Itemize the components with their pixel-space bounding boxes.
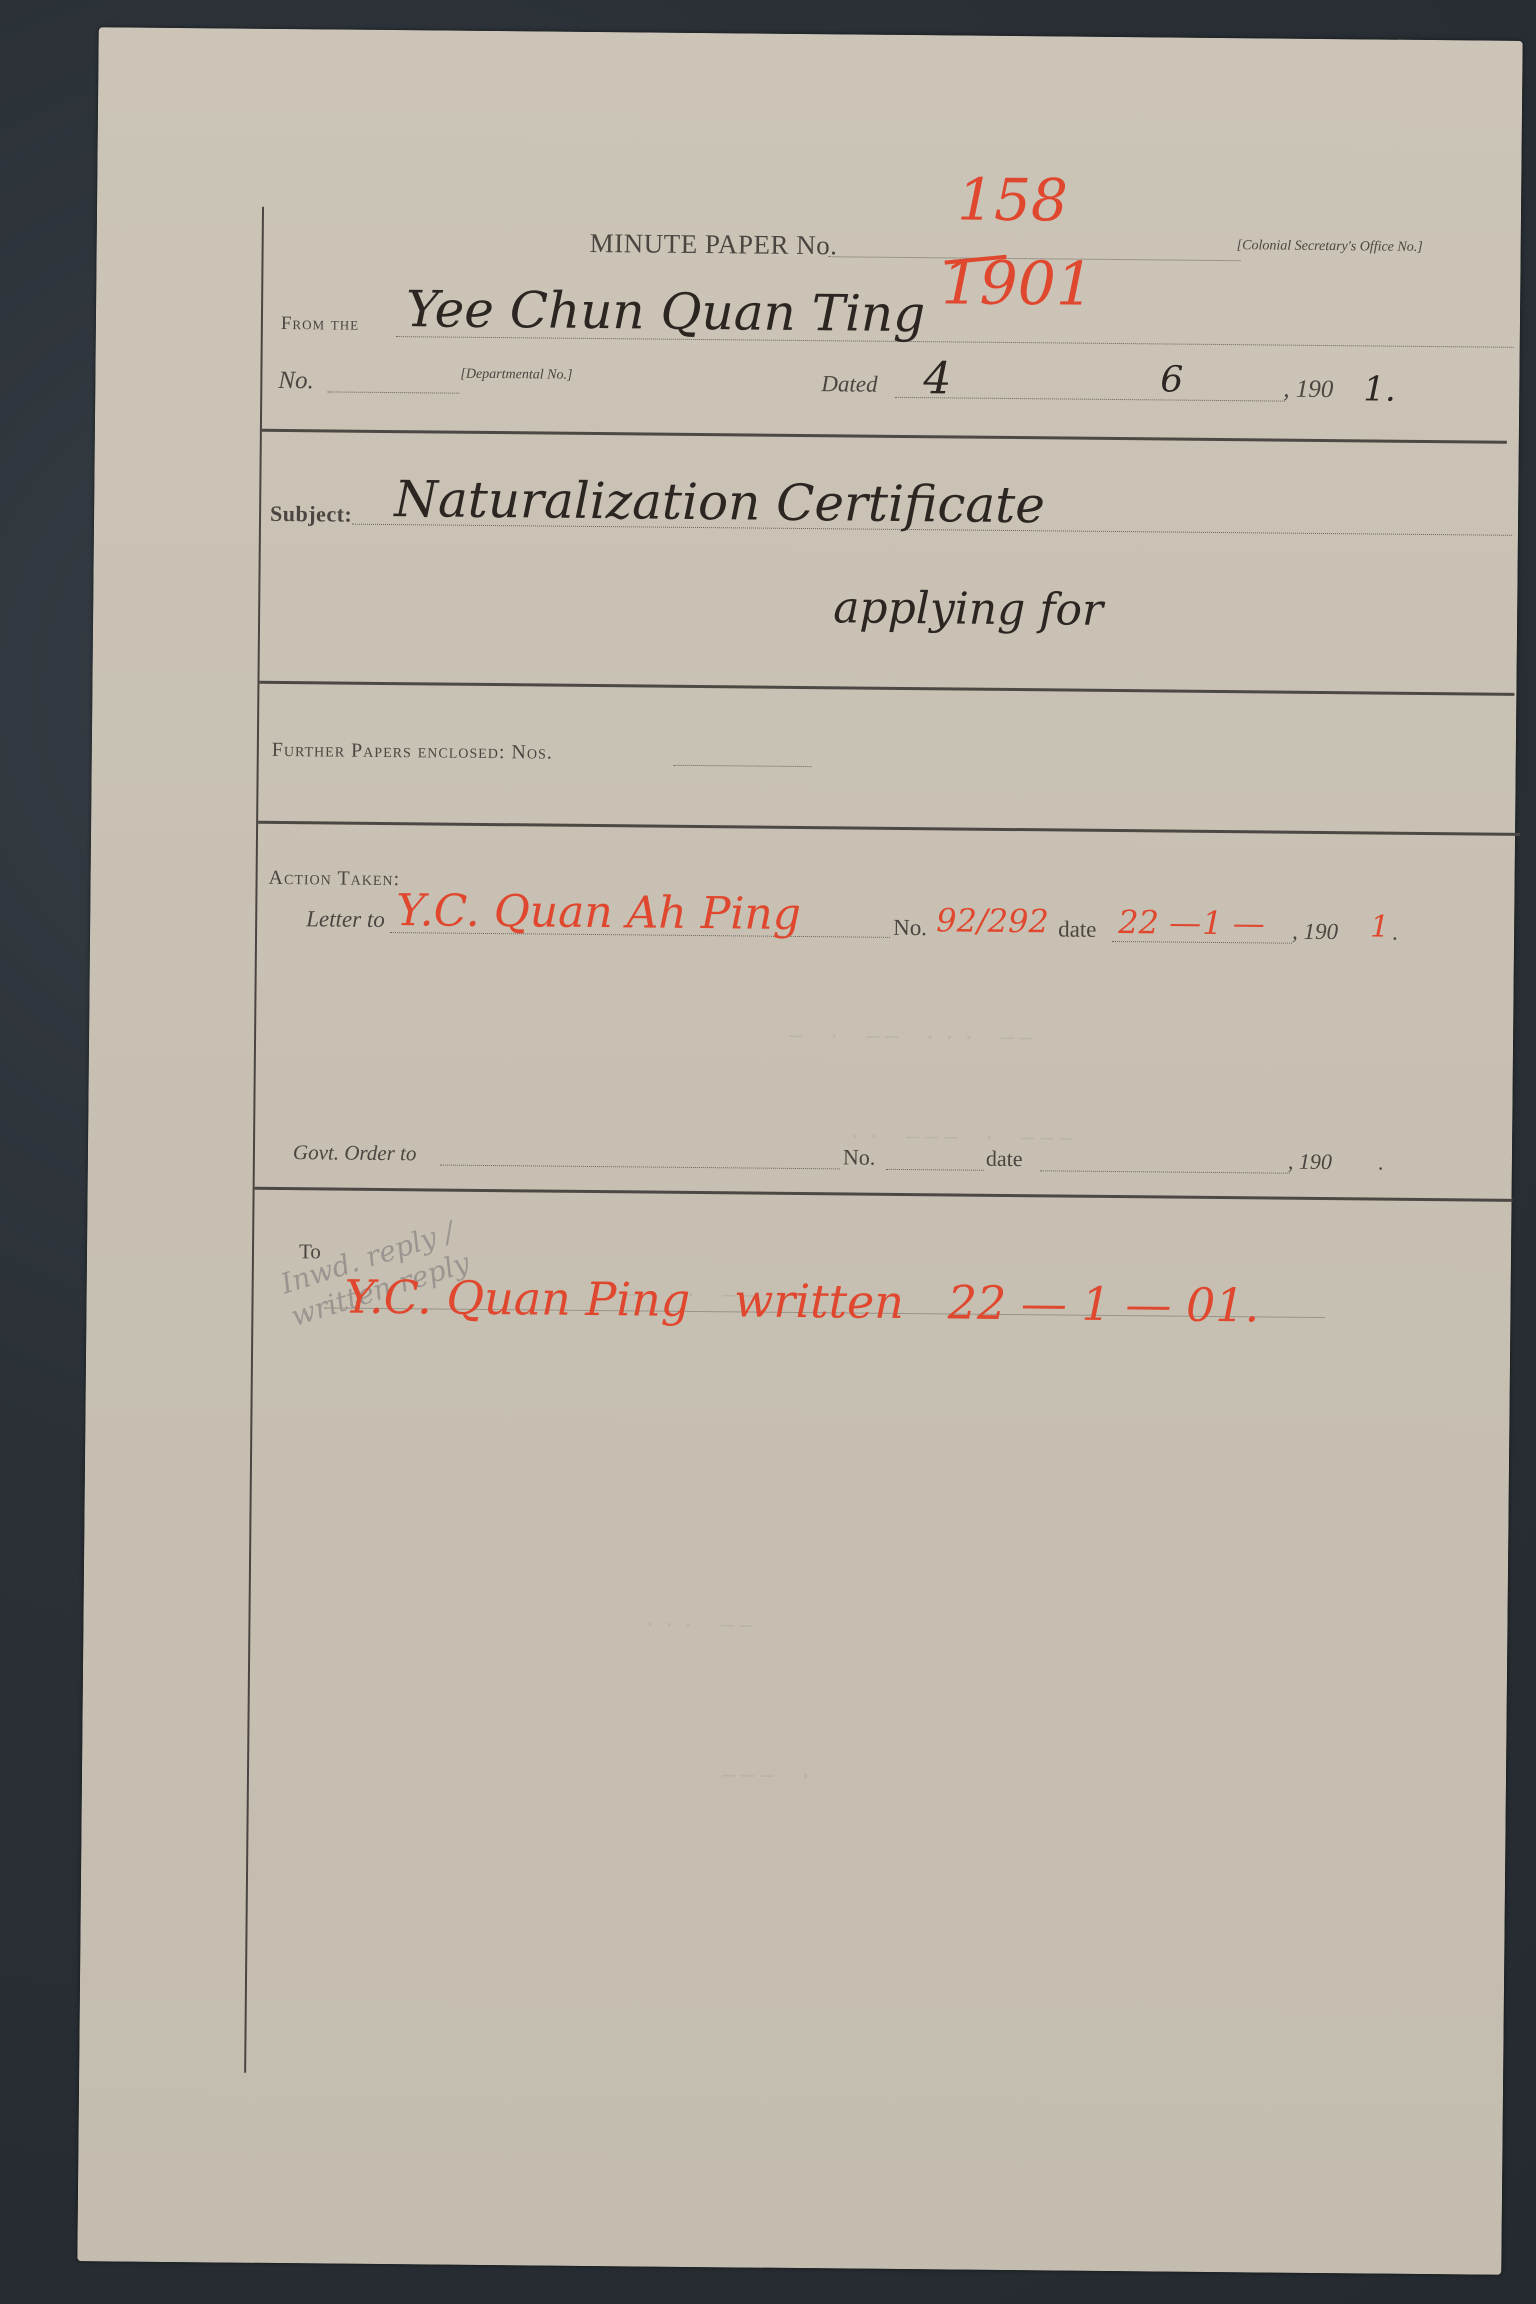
- left-margin-rule: [244, 207, 264, 2073]
- dated-year-handwritten: 1.: [1363, 369, 1396, 409]
- show-through-text: ——— ·: [722, 1763, 818, 1789]
- minute-no-handwritten-year: 1901: [941, 253, 1094, 314]
- letter-no-handwritten: 92/292: [936, 901, 1049, 940]
- govt-year: , 190: [1288, 1149, 1332, 1175]
- subject-handwritten-line2: applying for: [833, 582, 1103, 636]
- dated-year-prefix: , 190: [1283, 376, 1333, 404]
- subject-handwritten-line1: Naturalization Certificate: [394, 470, 1045, 534]
- further-papers-dotline: [674, 765, 812, 767]
- divider-2: [259, 681, 1514, 696]
- divider-3: [258, 821, 1520, 836]
- dated-dotline: [895, 397, 1285, 402]
- minute-no-handwritten-top: 158: [957, 170, 1068, 229]
- letter-date-day-handwritten: 22 —: [1118, 903, 1201, 942]
- dated-label: Dated: [821, 371, 877, 398]
- from-name-handwritten: Yee Chun Quan Ting: [406, 280, 926, 343]
- divider-4: [255, 1187, 1513, 1202]
- govt-order-dotline: [440, 1165, 840, 1170]
- minute-paper-title: MINUTE PAPER No.: [590, 228, 838, 261]
- show-through-text: ·· ——— · ———: [848, 1124, 1079, 1151]
- show-through-text: — · —— ··· ——: [789, 1024, 1039, 1051]
- letter-date-month-handwritten: 1 —: [1202, 904, 1265, 943]
- dated-month-handwritten: 6: [1160, 359, 1183, 400]
- minute-paper-document: — · —— ··· —— ·· ——— · ——— — ·· —— ··· —…: [77, 27, 1522, 2275]
- govt-year-end: .: [1378, 1150, 1384, 1176]
- govt-no-label: No.: [843, 1144, 876, 1170]
- action-taken-label: Action Taken:: [268, 867, 400, 891]
- no-label: No.: [278, 367, 314, 395]
- show-through-text: ··· ——: [643, 1613, 758, 1639]
- letter-date-label: date: [1058, 916, 1097, 942]
- dated-day-handwritten: 4: [923, 353, 951, 404]
- subject-label: Subject:: [270, 501, 352, 528]
- letter-to-name-handwritten: Y.C. Quan Ah Ping: [396, 885, 801, 940]
- further-papers-label: Further Papers enclosed: Nos.: [272, 739, 553, 765]
- letter-to-label: Letter to: [306, 906, 385, 933]
- divider-1: [262, 429, 1507, 444]
- letter-year-handwritten: 1: [1370, 909, 1389, 944]
- letter-year-prefix: , 190: [1292, 919, 1338, 945]
- govt-no-dotline: [886, 1169, 984, 1171]
- to-entry-handwritten: Y.C. Quan Ping written 22 — 1 — 01.: [344, 1270, 1259, 1333]
- govt-date-label: date: [986, 1146, 1023, 1172]
- letter-no-label: No.: [893, 915, 927, 941]
- departmental-no-note: [Departmental No.]: [460, 367, 572, 384]
- govt-date-dotline: [1040, 1170, 1290, 1173]
- govt-order-label: Govt. Order to: [293, 1140, 417, 1166]
- colonial-office-note: [Colonial Secretary's Office No.]: [1237, 238, 1423, 256]
- departmental-no-dotline: [327, 391, 459, 393]
- letter-year-end: .: [1392, 920, 1398, 946]
- from-label: From the: [281, 313, 359, 336]
